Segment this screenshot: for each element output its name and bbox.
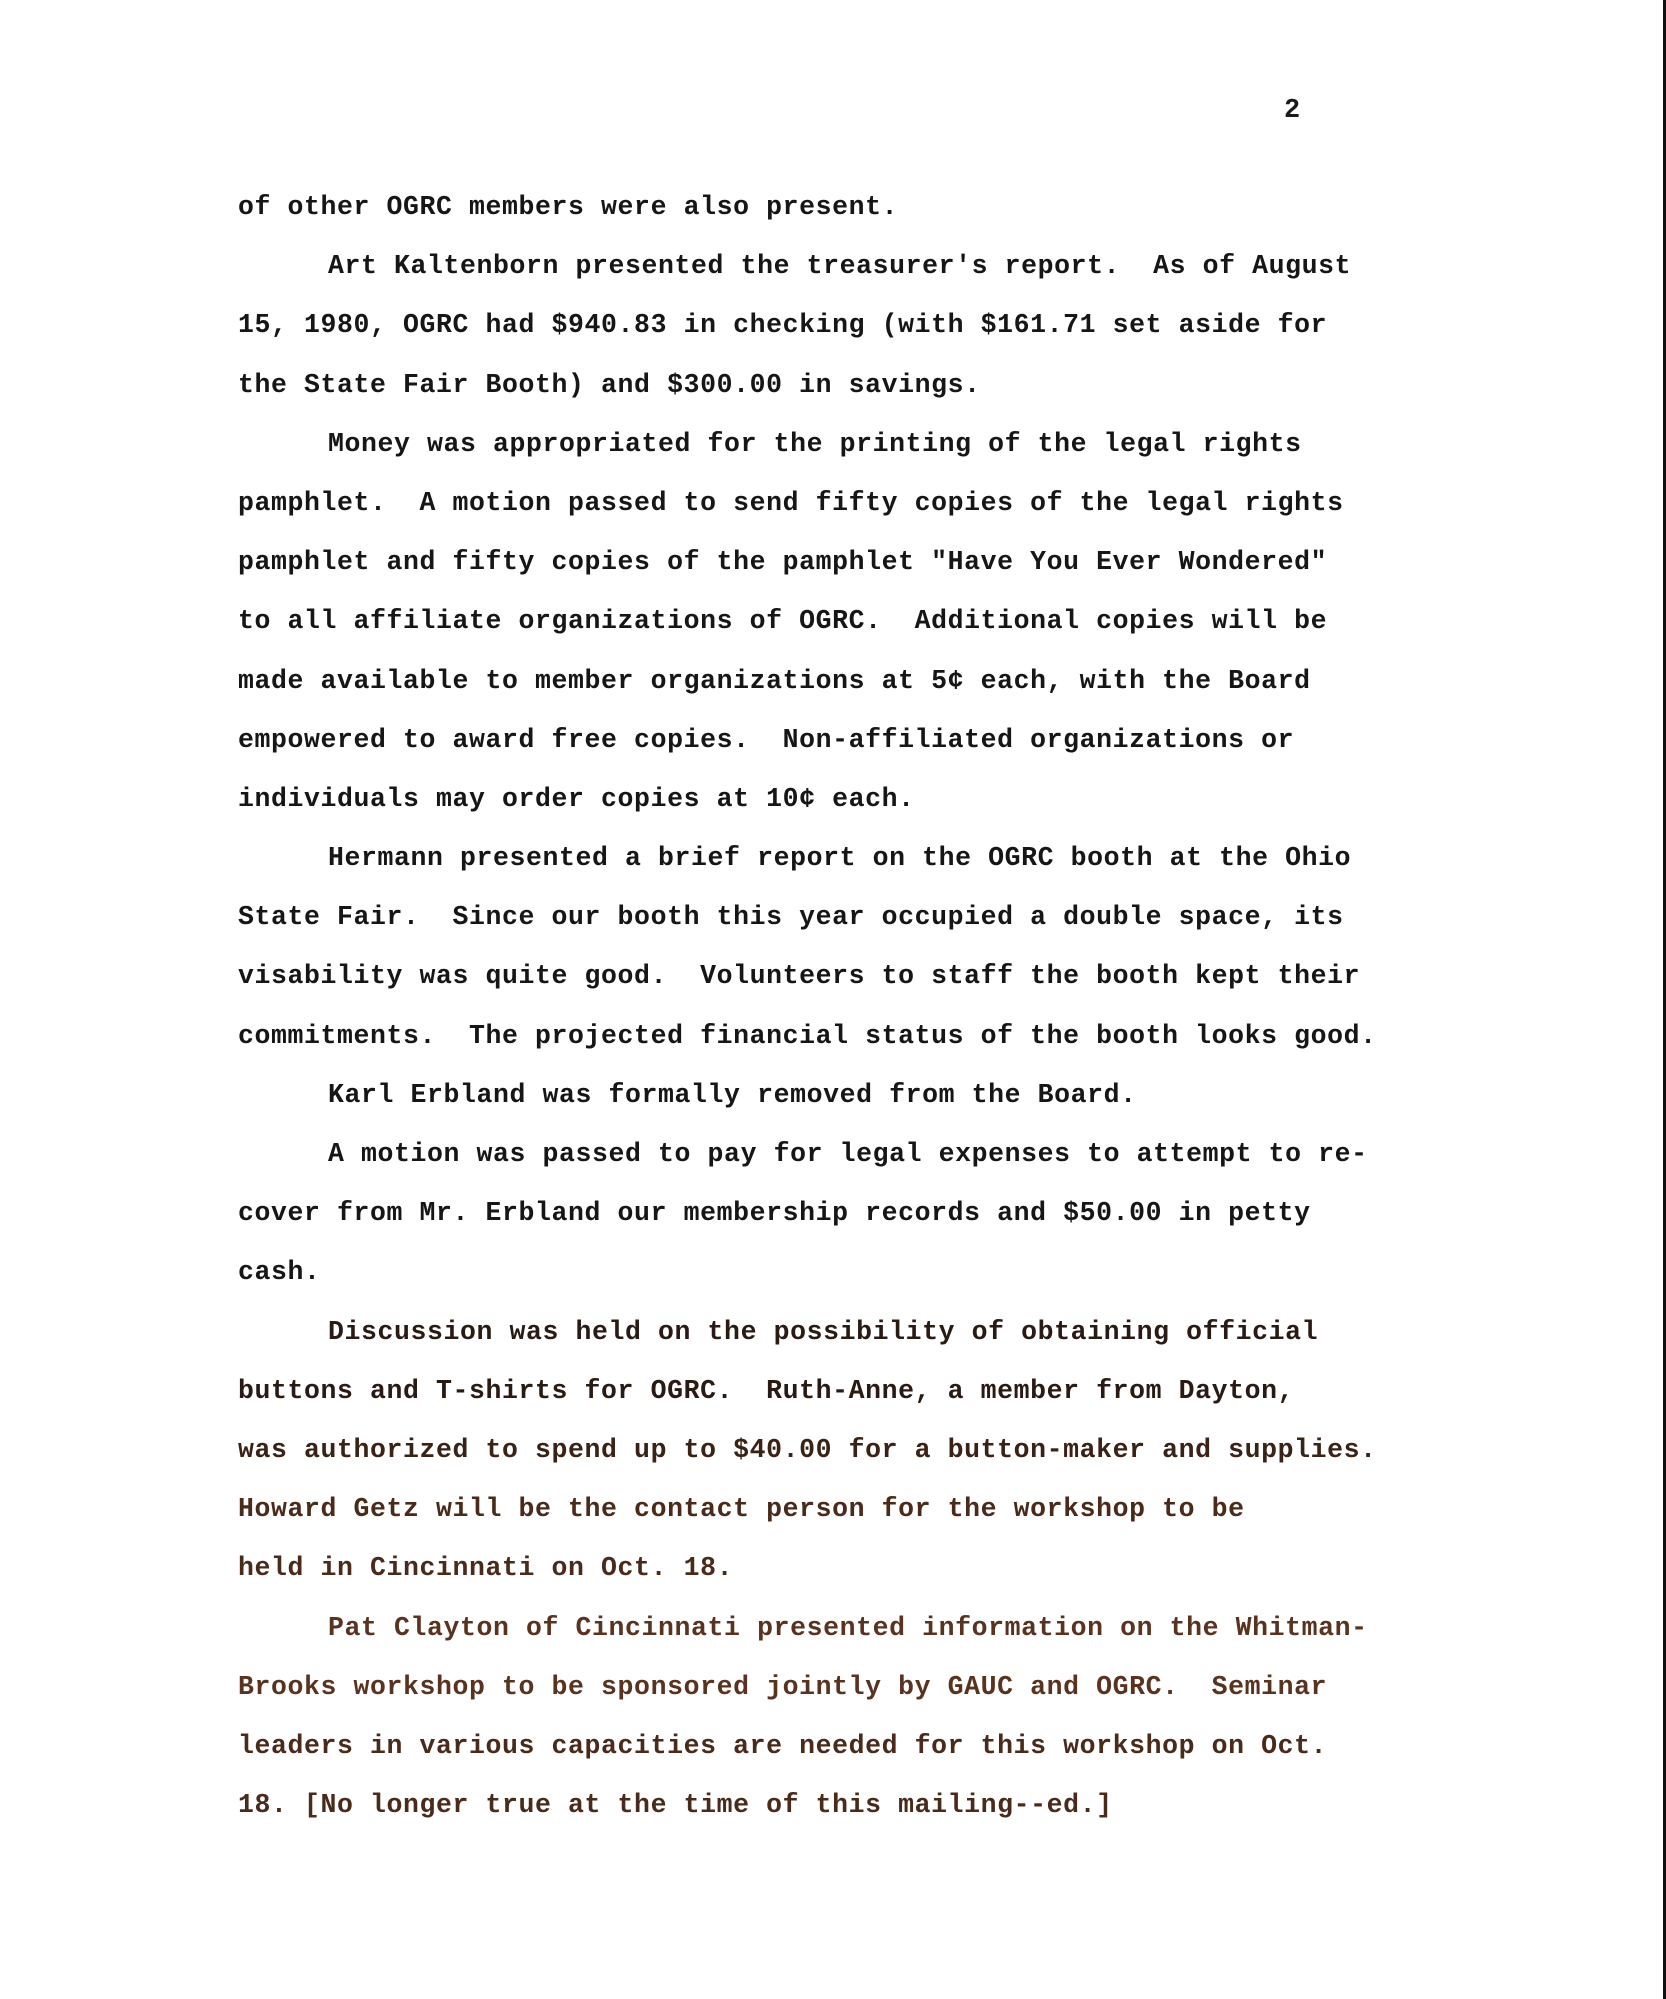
text-line: pamphlet. A motion passed to send fifty … bbox=[238, 482, 1478, 541]
text-line: of other OGRC members were also present. bbox=[238, 186, 1478, 245]
text-line: 18. [No longer true at the time of this … bbox=[238, 1784, 1478, 1843]
text-line: Howard Getz will be the contact person f… bbox=[238, 1488, 1478, 1547]
text-line: Brooks workshop to be sponsored jointly … bbox=[238, 1666, 1478, 1725]
text-line: 15, 1980, OGRC had $940.83 in checking (… bbox=[238, 304, 1478, 363]
paragraph-first-line: Pat Clayton of Cincinnati presented info… bbox=[238, 1607, 1478, 1666]
page-number: 2 bbox=[1284, 96, 1300, 126]
text-line: held in Cincinnati on Oct. 18. bbox=[238, 1547, 1478, 1606]
paragraph-first-line: Hermann presented a brief report on the … bbox=[238, 837, 1478, 896]
text-line: leaders in various capacities are needed… bbox=[238, 1725, 1478, 1784]
paragraph-first-line: A motion was passed to pay for legal exp… bbox=[238, 1133, 1478, 1192]
text-line: made available to member organizations a… bbox=[238, 660, 1478, 719]
text-line: the State Fair Booth) and $300.00 in sav… bbox=[238, 364, 1478, 423]
text-line: visability was quite good. Volunteers to… bbox=[238, 955, 1478, 1014]
text-line: buttons and T-shirts for OGRC. Ruth-Anne… bbox=[238, 1370, 1478, 1429]
text-line: individuals may order copies at 10¢ each… bbox=[238, 778, 1478, 837]
paragraph-first-line: Money was appropriated for the printing … bbox=[238, 423, 1478, 482]
paragraph-first-line: Karl Erbland was formally removed from t… bbox=[238, 1074, 1478, 1133]
text-line: was authorized to spend up to $40.00 for… bbox=[238, 1429, 1478, 1488]
text-line: to all affiliate organizations of OGRC. … bbox=[238, 600, 1478, 659]
text-line: pamphlet and fifty copies of the pamphle… bbox=[238, 541, 1478, 600]
text-line: commitments. The projected financial sta… bbox=[238, 1015, 1478, 1074]
text-line: empowered to award free copies. Non-affi… bbox=[238, 719, 1478, 778]
document-body: of other OGRC members were also present.… bbox=[238, 186, 1478, 1843]
text-line: cover from Mr. Erbland our membership re… bbox=[238, 1192, 1478, 1251]
paragraph-first-line: Art Kaltenborn presented the treasurer's… bbox=[238, 245, 1478, 304]
paragraph-first-line: Discussion was held on the possibility o… bbox=[238, 1311, 1478, 1370]
text-line: cash. bbox=[238, 1251, 1478, 1310]
text-line: State Fair. Since our booth this year oc… bbox=[238, 896, 1478, 955]
